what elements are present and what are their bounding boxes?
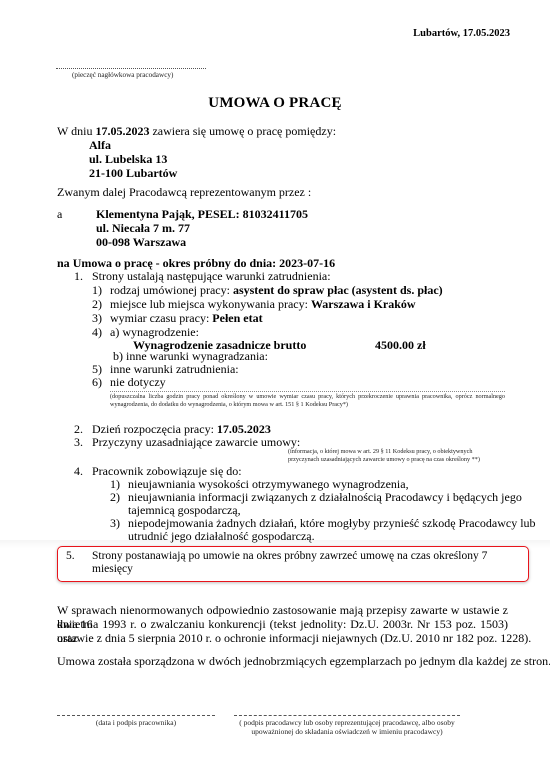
other-pay-conditions: b) inne warunki wynagradzania: xyxy=(113,349,268,363)
employee-signature-caption: (data i podpis pracownika) xyxy=(57,718,215,727)
p1-item-3-number: 3) xyxy=(92,311,102,325)
working-time: Pełen etat xyxy=(212,311,262,325)
intro-line: W dniu 17.05.2023 zawiera się umowę o pr… xyxy=(57,124,336,138)
p1-item-3: wymiar czasu pracy: Pełen etat xyxy=(110,311,263,325)
p4-item-3-number: 3) xyxy=(110,516,120,530)
copies-statement: Umowa została sporządzona w dwóch jednob… xyxy=(57,654,550,668)
document-title: UMOWA O PRACĘ xyxy=(0,95,550,112)
employer-signature-line[interactable] xyxy=(234,715,460,716)
p4-item-1-number: 1) xyxy=(110,477,120,491)
job-title: asystent do spraw płac (asystent ds. pła… xyxy=(233,283,443,297)
p1-item-5: inne warunki zatrudnienia: xyxy=(110,362,239,376)
point-3-number: 3. xyxy=(74,435,83,449)
p1-item-4-number: 4) xyxy=(92,325,102,339)
p4-item-3-line-1: niepodejmowania żadnych działań, które m… xyxy=(128,516,536,530)
contract-date: 17.05.2023 xyxy=(95,124,149,138)
p1-item-6-number: 6) xyxy=(92,375,102,389)
point-1-text: Strony ustalają następujące warunki zatr… xyxy=(92,269,331,283)
employee-name-pesel: Klementyna Pająk, PESEL: 81032411705 xyxy=(96,207,308,221)
point-1-number: 1. xyxy=(74,269,83,283)
p4-item-1: nieujawniania wysokości otrzymywanego wy… xyxy=(128,477,409,491)
p1-item-1: rodzaj umówionej pracy: asystent do spra… xyxy=(110,283,443,297)
p1-item-4: a) wynagrodzenie: xyxy=(110,325,199,339)
p1-item-5-number: 5) xyxy=(92,362,102,376)
point-5-line-2: miesięcy xyxy=(92,563,133,576)
legal-line-3: ustawie z dnia 5 sierpnia 2010 r. o ochr… xyxy=(57,631,531,645)
employer-signature-caption-line-1: ( podpis pracodawcy lub osoby reprezentu… xyxy=(234,718,460,727)
footnote-dotted-line xyxy=(110,391,505,392)
p4-item-2-line-1: nieujawniania informacji związanych z dz… xyxy=(128,490,522,504)
stamp-caption: (pieczęć nagłówkowa pracodawcy) xyxy=(72,71,173,79)
p1-item-1-number: 1) xyxy=(92,283,102,297)
p4-item-2-line-2: tajemnicą gospodarczą, xyxy=(128,503,241,517)
salary-value: 4500.00 zł xyxy=(375,338,426,352)
point-5-number: 5. xyxy=(66,550,75,563)
point-3-note-line-1: (informacja, o której mowa w art. 29 § 1… xyxy=(288,448,472,456)
point-5-line-1: Strony postanawiają po umowie na okres p… xyxy=(92,550,487,563)
p1-item-6: nie dotyczy xyxy=(110,375,166,389)
employer-street: ul. Lubelska 13 xyxy=(89,152,167,166)
employer-city: 21-100 Lubartów xyxy=(89,166,177,180)
point-3-note-line-2: przyczynach uzasadniających zawarcie umo… xyxy=(288,456,480,464)
overtime-footnote: (dopuszczalna liczba godzin pracy ponad … xyxy=(110,393,505,409)
represented-by: Zwanym dalej Pracodawcą reprezentowanym … xyxy=(57,185,311,199)
point-4-number: 4. xyxy=(74,464,83,478)
employee-city: 00-098 Warszawa xyxy=(96,235,186,249)
and-label: a xyxy=(57,207,62,221)
work-place: Warszawa i Kraków xyxy=(311,297,416,311)
employee-street: ul. Niecała 7 m. 77 xyxy=(96,221,190,235)
contract-type: na Umowa o pracę - okres próbny do dnia:… xyxy=(57,256,335,270)
point-2-number: 2. xyxy=(74,422,83,436)
employer-signature-caption-line-2: upoważnionej do składania oświadczeń w i… xyxy=(234,727,460,736)
start-date: 17.05.2023 xyxy=(217,422,271,436)
employee-signature-line[interactable] xyxy=(57,715,215,716)
p4-item-2-number: 2) xyxy=(110,490,120,504)
stamp-dotted-line xyxy=(56,68,206,69)
place-date: Lubartów, 17.05.2023 xyxy=(413,27,510,40)
point-4: Pracownik zobowiązuje się do: xyxy=(92,464,242,478)
point-3: Przyczyny uzasadniające zawarcie umowy: xyxy=(92,435,300,449)
point-2: Dzień rozpoczęcia pracy: 17.05.2023 xyxy=(92,422,271,436)
employer-name: Alfa xyxy=(89,138,111,152)
p1-item-2: miejsce lub miejsca wykonywania pracy: W… xyxy=(110,297,416,311)
p1-item-2-number: 2) xyxy=(92,297,102,311)
